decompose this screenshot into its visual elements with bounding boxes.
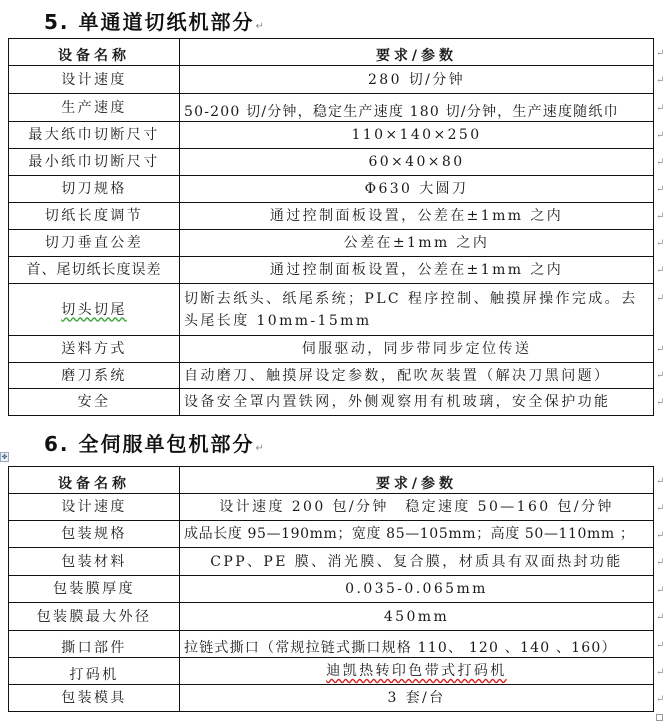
section-5-title: 5. 单通道切纸机部分↵ — [44, 6, 266, 35]
table-move-handle-icon[interactable]: ✥ — [0, 452, 9, 462]
paragraph-mark-icon: ↵ — [656, 557, 664, 568]
row-value: Φ630 大圆刀 — [180, 176, 654, 203]
paragraph-mark-icon: ↵ — [656, 75, 664, 86]
table-row: 切纸长度调节 通过控制面板设置，公差在±1mm 之内 — [9, 203, 654, 230]
table-row: 设计速度 280 切/分钟 — [9, 66, 654, 94]
paragraph-mark-icon: ↵ — [656, 370, 664, 381]
table-row: 生产速度 50-200 切/分钟，稳定生产速度 180 切/分钟，生产速度随纸巾 — [9, 94, 654, 122]
row-name: 撕口部件 — [9, 631, 180, 658]
row-name: 包装膜最大外径 — [9, 603, 180, 631]
row-name: 切刀规格 — [9, 176, 180, 203]
paragraph-mark-icon: ↵ — [656, 530, 664, 541]
section-6-title-text: 6. 全伺服单包机部分 — [44, 432, 254, 456]
paragraph-mark-icon: ↵ — [656, 184, 664, 195]
paragraph-mark-icon: ↵ — [656, 640, 664, 651]
row-value: 450mm — [180, 603, 654, 631]
paragraph-mark-icon: ↵ — [656, 293, 664, 304]
section-6-title: 6. 全伺服单包机部分↵ — [44, 428, 266, 457]
row-value: 通过控制面板设置，公差在±1mm 之内 — [180, 203, 654, 230]
table-row: 最小纸巾切断尺寸 60×40×80 — [9, 149, 654, 176]
table-end-marker-icon — [656, 714, 663, 721]
paragraph-mark-icon: ↵ — [656, 265, 664, 276]
table-header-row: 设备名称 要求/参数 — [9, 467, 654, 494]
header-name: 设备名称 — [9, 467, 180, 494]
row-name: 切刀垂直公差 — [9, 230, 180, 257]
table-row: 打码机 迪凯热转印色带式打码机 — [9, 658, 654, 685]
header-value: 要求/参数 — [180, 467, 654, 494]
row-value: 迪凯热转印色带式打码机 — [180, 658, 654, 685]
paragraph-mark-icon: ↵ — [255, 21, 265, 32]
table-row: 包装规格 成品长度 95—190mm；宽度 85—105mm；高度 50—110… — [9, 521, 654, 548]
table-row: 首、尾切纸长度误差 通过控制面板设置，公差在±1mm 之内 — [9, 257, 654, 284]
row-value: 成品长度 95—190mm；宽度 85—105mm；高度 50—110mm ； — [180, 521, 654, 548]
row-value: CPP、PE 膜、消光膜、复合膜，材质具有双面热封功能 — [180, 548, 654, 576]
section-5-table: 设备名称 要求/参数 设计速度 280 切/分钟 生产速度 50-200 切/分… — [8, 38, 654, 416]
table-row: 切刀垂直公差 公差在±1mm 之内 — [9, 230, 654, 257]
table-row: 切刀规格 Φ630 大圆刀 — [9, 176, 654, 203]
paragraph-mark-icon: ↵ — [656, 48, 664, 59]
paragraph-mark-icon: ↵ — [656, 157, 664, 168]
table-row: 磨刀系统 自动磨刀、触摸屏设定参数，配吹灰装置（解决刀黑问题） — [9, 363, 654, 389]
row-value: 110×140×250 — [180, 122, 654, 149]
header-name: 设备名称 — [9, 39, 180, 66]
row-value: 拉链式撕口（常规拉链式撕口规格 110、 120 、140 、160） — [180, 631, 654, 658]
paragraph-mark-icon: ↵ — [656, 130, 664, 141]
table-row: 安全 设备安全罩内置铁网，外侧观察用有机玻璃，安全保护功能 — [9, 389, 654, 416]
row-value: 自动磨刀、触摸屏设定参数，配吹灰装置（解决刀黑问题） — [180, 363, 654, 389]
row-value: 0.035-0.065mm — [180, 576, 654, 603]
row-value: 伺服驱动，同步带同步定位传送 — [180, 336, 654, 363]
row-name: 包装模具 — [9, 685, 180, 712]
row-name: 包装膜厚度 — [9, 576, 180, 603]
table-row: 最大纸巾切断尺寸 110×140×250 — [9, 122, 654, 149]
table-row: 切头切尾 切断去纸头、纸尾系统；PLC 程序控制、触摸屏操作完成。去头尾长度 1… — [9, 284, 654, 336]
table-row: 送料方式 伺服驱动，同步带同步定位传送 — [9, 336, 654, 363]
row-name: 最大纸巾切断尺寸 — [9, 122, 180, 149]
table-row: 包装材料 CPP、PE 膜、消光膜、复合膜，材质具有双面热封功能 — [9, 548, 654, 576]
row-name: 包装材料 — [9, 548, 180, 576]
row-value: 公差在±1mm 之内 — [180, 230, 654, 257]
row-value: 设备安全罩内置铁网，外侧观察用有机玻璃，安全保护功能 — [180, 389, 654, 416]
row-value-text: 迪凯热转印色带式打码机 — [326, 663, 506, 679]
row-value: 50-200 切/分钟，稳定生产速度 180 切/分钟，生产速度随纸巾 — [180, 94, 654, 122]
row-name: 磨刀系统 — [9, 363, 180, 389]
paragraph-mark-icon: ↵ — [656, 694, 664, 705]
paragraph-mark-icon: ↵ — [656, 238, 664, 249]
paragraph-mark-icon: ↵ — [656, 211, 664, 222]
table-row: 撕口部件 拉链式撕口（常规拉链式撕口规格 110、 120 、140 、160） — [9, 631, 654, 658]
row-name: 安全 — [9, 389, 180, 416]
paragraph-mark-icon: ↵ — [656, 397, 664, 408]
section-6-table: 设备名称 要求/参数 设计速度 设计速度 200 包/分钟 稳定速度 50—16… — [8, 466, 654, 712]
row-value: 60×40×80 — [180, 149, 654, 176]
paragraph-mark-icon: ↵ — [656, 103, 664, 114]
row-value: 切断去纸头、纸尾系统；PLC 程序控制、触摸屏操作完成。去头尾长度 10mm-1… — [180, 284, 654, 336]
row-name: 送料方式 — [9, 336, 180, 363]
paragraph-mark-icon: ↵ — [656, 667, 664, 678]
row-value: 设计速度 200 包/分钟 稳定速度 50—160 包/分钟 — [180, 494, 654, 521]
table-row: 包装模具 3 套/台 — [9, 685, 654, 712]
paragraph-mark-icon: ↵ — [255, 443, 265, 454]
paragraph-mark-icon: ↵ — [656, 612, 664, 623]
table-header-row: 设备名称 要求/参数 — [9, 39, 654, 66]
row-value: 3 套/台 — [180, 685, 654, 712]
row-name: 生产速度 — [9, 94, 180, 122]
row-name-text: 切头切尾 — [61, 302, 127, 318]
row-value: 280 切/分钟 — [180, 66, 654, 94]
header-value: 要求/参数 — [180, 39, 654, 66]
row-name: 设计速度 — [9, 66, 180, 94]
row-name: 设计速度 — [9, 494, 180, 521]
row-name: 最小纸巾切断尺寸 — [9, 149, 180, 176]
paragraph-mark-icon: ↵ — [656, 503, 664, 514]
table-row: 包装膜最大外径 450mm — [9, 603, 654, 631]
row-name: 切头切尾 — [9, 284, 180, 336]
table-row: 设计速度 设计速度 200 包/分钟 稳定速度 50—160 包/分钟 — [9, 494, 654, 521]
paragraph-mark-icon: ↵ — [656, 476, 664, 487]
row-name: 打码机 — [9, 658, 180, 685]
paragraph-mark-icon: ↵ — [656, 585, 664, 596]
paragraph-mark-icon: ↵ — [656, 344, 664, 355]
table-row: 包装膜厚度 0.035-0.065mm — [9, 576, 654, 603]
row-name: 切纸长度调节 — [9, 203, 180, 230]
row-value: 通过控制面板设置，公差在±1mm 之内 — [180, 257, 654, 284]
row-name: 首、尾切纸长度误差 — [9, 257, 180, 284]
row-name: 包装规格 — [9, 521, 180, 548]
section-5-title-text: 5. 单通道切纸机部分 — [44, 10, 254, 34]
